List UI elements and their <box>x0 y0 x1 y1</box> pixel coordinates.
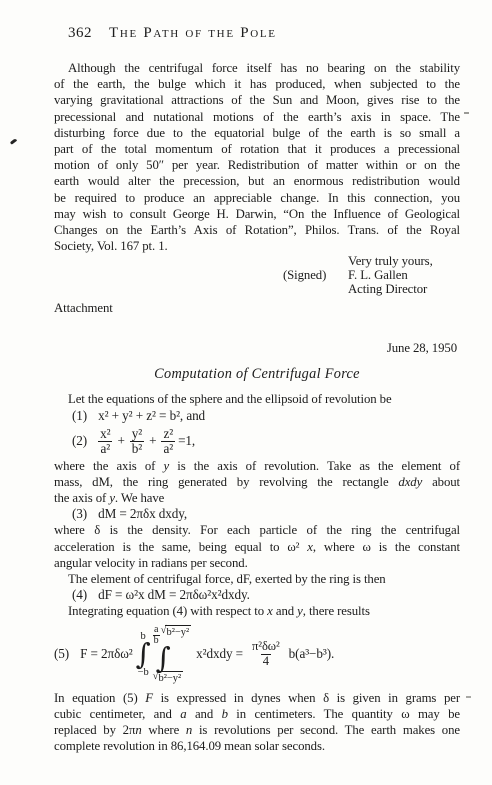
page-header: 362 The Path of the Pole <box>54 24 460 42</box>
text-line: motion of only 50″ per year. Redistribut… <box>54 157 460 173</box>
book-page-scan: 362 The Path of the Pole Although the ce… <box>0 0 492 785</box>
text-line: Changes on the Earth’s Axis of Rotation”… <box>54 222 460 238</box>
italic-variable: x <box>267 604 273 618</box>
text-line: earth would alter the precession, but an… <box>54 173 460 189</box>
fraction: y² b² <box>130 427 144 456</box>
radicand: b²−y² <box>157 671 183 684</box>
density-paragraph: where δ is the density. For each particl… <box>54 522 460 571</box>
italic-variable: dxdy <box>398 475 422 489</box>
fraction-numerator: z² <box>161 427 175 441</box>
equation-label: (2) <box>72 433 87 449</box>
signature-name: F. L. Gallen <box>348 269 460 283</box>
text-line: part of the total momentum of rotation t… <box>54 141 460 157</box>
stray-pen-mark <box>10 138 17 145</box>
closing-line: Very truly yours, <box>348 255 460 269</box>
fraction-denominator: a² <box>98 441 112 456</box>
equation-1: (1) x² + y² + z² = b², and <box>54 408 460 424</box>
final-paragraph: In equation (5) F is expressed in dynes … <box>54 690 460 755</box>
text-line: the axis of y. We have <box>54 490 460 506</box>
italic-variable: b <box>222 707 228 721</box>
memo-title: Computation of Centrifugal Force <box>54 366 460 382</box>
signature-block: Very truly yours, (Signed) F. L. Gallen … <box>283 255 460 296</box>
text-line: Society, Vol. 167 pt. 1. <box>54 238 460 254</box>
text-line: be required to produce an appreciable ch… <box>54 190 460 206</box>
fraction-numerator: π²δω² <box>250 640 282 653</box>
memo-date: June 28, 1950 <box>54 340 460 356</box>
element-line: The element of centrifugal force, dF, ex… <box>54 571 460 587</box>
equation-2: (2) x² a² + y² b² + z² a² =1, <box>54 427 460 456</box>
text-line: precessional and nutational motions of t… <box>54 109 460 125</box>
equation-lhs: F = 2πδω² <box>80 646 133 662</box>
text-line: where δ is the density. For each particl… <box>54 522 460 538</box>
page-number: 362 <box>68 24 92 42</box>
inner-integral: a b √ b²−y² ∫ √ b²−y² <box>153 625 191 684</box>
equation-rhs: =1, <box>178 433 195 449</box>
integral-lower-limit: −b <box>138 667 149 678</box>
equation-rhs: b(a³−b³). <box>289 646 335 662</box>
italic-variable: x <box>307 540 313 554</box>
axis-paragraph: where the axis of y is the axis of revol… <box>54 458 460 507</box>
text-line: In equation (5) F is expressed in dynes … <box>54 690 460 706</box>
page-content: 362 The Path of the Pole Although the ce… <box>54 0 460 754</box>
text-line: Although the centrifugal force itself ha… <box>54 60 460 76</box>
equation-4: (4) dF = ω²x dM = 2πδω²x²dxdy. <box>54 587 460 603</box>
text-line: varying gravitational attractions of the… <box>54 92 460 108</box>
letter-paragraph: Although the centrifugal force itself ha… <box>54 60 460 254</box>
italic-variable: F <box>145 691 153 705</box>
fraction-numerator: x² <box>98 427 112 441</box>
integrand: x²dxdy = <box>196 646 243 662</box>
signed-label: (Signed) <box>283 269 348 283</box>
plus-operator: + <box>149 433 156 449</box>
signature-spacer <box>283 255 348 269</box>
radical: √ b²−y² <box>153 671 183 684</box>
signature-spacer <box>283 283 348 297</box>
text-line: cubic centimeter, and a and b in centime… <box>54 706 460 722</box>
italic-variable: n <box>135 723 141 737</box>
italic-variable: y <box>297 604 303 618</box>
text-line: acceleration is the same, being equal to… <box>54 539 460 555</box>
attachment-label: Attachment <box>54 300 460 316</box>
plus-operator: + <box>117 433 124 449</box>
radicand: b²−y² <box>165 625 191 638</box>
text-line: angular velocity in radians per second. <box>54 555 460 571</box>
equation-5: (5) F = 2πδω² b ∫ −b a b √ b²−y² <box>54 625 460 684</box>
text-line: may wish to consult George H. Darwin, “O… <box>54 206 460 222</box>
integral-sign: ∫ <box>156 646 171 671</box>
outer-integral: b ∫ −b <box>136 631 151 678</box>
equation-label: (5) <box>54 646 69 662</box>
equation-body: x² + y² + z² = b², and <box>98 408 205 424</box>
fraction-denominator: 4 <box>261 654 271 668</box>
text-line: replaced by 2πn where n is revolutions p… <box>54 722 460 738</box>
memo-intro-line: Let the equations of the sphere and the … <box>54 391 460 407</box>
equation-label: (1) <box>72 408 87 424</box>
signature-title: Acting Director <box>348 283 460 297</box>
fraction-denominator: b² <box>130 441 144 456</box>
equation-body: dM = 2πδx dxdy, <box>98 506 187 522</box>
equation-3: (3) dM = 2πδx dxdy, <box>54 506 460 522</box>
equation-label: (4) <box>72 587 87 603</box>
scan-noise-mark <box>466 696 471 698</box>
text-line: complete revolution in 86,164.09 mean so… <box>54 738 460 754</box>
equation-body: dF = ω²x dM = 2πδω²x²dxdy. <box>98 587 250 603</box>
book-title: The Path of the Pole <box>109 24 277 42</box>
fraction-denominator: a² <box>161 441 175 456</box>
text-line: where the axis of y is the axis of revol… <box>54 458 460 474</box>
radical: √ b²−y² <box>161 625 191 638</box>
fraction: π²δω² 4 <box>250 640 282 667</box>
italic-variable: n <box>186 723 192 737</box>
fraction: z² a² <box>161 427 175 456</box>
text-line: of the earth, the bulge which it has pro… <box>54 76 460 92</box>
italic-variable: y <box>163 459 169 473</box>
integral-sign: ∫ <box>136 642 151 667</box>
italic-variable: a <box>180 707 186 721</box>
integral-lower-limit: √ b²−y² <box>153 671 183 684</box>
text-line: mass, dM, the ring generated by revolvin… <box>54 474 460 490</box>
scan-noise-mark <box>464 112 469 114</box>
fraction: x² a² <box>98 427 112 456</box>
equation-label: (3) <box>72 506 87 522</box>
text-line: disturbing force due to the equatorial b… <box>54 125 460 141</box>
italic-variable: y <box>109 491 115 505</box>
fraction-numerator: y² <box>130 427 144 441</box>
fraction-numerator: a <box>154 625 158 635</box>
integrating-line: Integrating equation (4) with respect to… <box>54 603 460 619</box>
